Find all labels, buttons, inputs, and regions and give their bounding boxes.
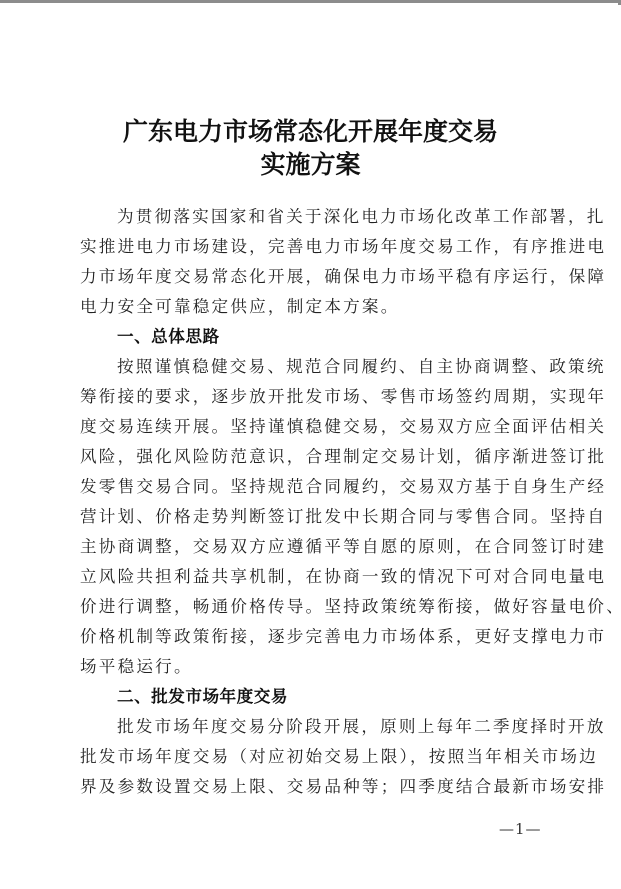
document-body: 为贯彻落实国家和省关于深化电力市场化改革工作部署，扎 实推进电力市场建设，完善电…	[80, 202, 546, 802]
section-heading-overall-approach: 一、总体思路	[80, 322, 546, 352]
section-1-line: 营计划、价格走势判断签订批发中长期合同与零售合同。坚持自	[80, 502, 546, 532]
intro-line: 为贯彻落实国家和省关于深化电力市场化改革工作部署，扎	[80, 202, 546, 232]
section-heading-wholesale-annual-trading: 二、批发市场年度交易	[80, 682, 546, 712]
section-1-line: 价进行调整，畅通价格传导。坚持政策统筹衔接，做好容量电价、	[80, 592, 546, 622]
section-1-line: 立风险共担利益共享机制，在协商一致的情况下可对合同电量电	[80, 562, 546, 592]
section-1-line: 主协商调整，交易双方应遵循平等自愿的原则，在合同签订时建	[80, 532, 546, 562]
section-1-line: 按照谨慎稳健交易、规范合同履约、自主协商调整、政策统	[80, 352, 546, 382]
section-1-line: 风险，强化风险防范意识，合理制定交易计划，循序渐进签订批	[80, 442, 546, 472]
section-1-line: 发零售交易合同。坚持规范合同履约，交易双方基于自身生产经	[80, 472, 546, 502]
document-title-line-1: 广东电力市场常态化开展年度交易	[0, 112, 621, 148]
intro-line: 力市场年度交易常态化开展，确保电力市场平稳有序运行，保障	[80, 262, 546, 292]
section-2-line: 批发市场年度交易（对应初始交易上限），按照当年相关市场边	[80, 742, 546, 772]
top-border-rule	[0, 0, 621, 3]
section-1-line: 价格机制等政策衔接，逐步完善电力市场体系，更好支撑电力市	[80, 622, 546, 652]
section-1-line: 度交易连续开展。坚持谨慎稳健交易，交易双方应全面评估相关	[80, 412, 546, 442]
intro-line: 实推进电力市场建设，完善电力市场年度交易工作，有序推进电	[80, 232, 546, 262]
document-title-line-2: 实施方案	[0, 145, 621, 181]
page-number: —1—	[499, 820, 542, 838]
section-2-line: 界及参数设置交易上限、交易品种等；四季度结合最新市场安排	[80, 772, 546, 802]
intro-line: 电力安全可靠稳定供应，制定本方案。	[80, 292, 546, 322]
section-1-line: 筹衔接的要求，逐步放开批发市场、零售市场签约周期，实现年	[80, 382, 546, 412]
section-1-line: 场平稳运行。	[80, 652, 546, 682]
section-2-line: 批发市场年度交易分阶段开展，原则上每年二季度择时开放	[80, 712, 546, 742]
